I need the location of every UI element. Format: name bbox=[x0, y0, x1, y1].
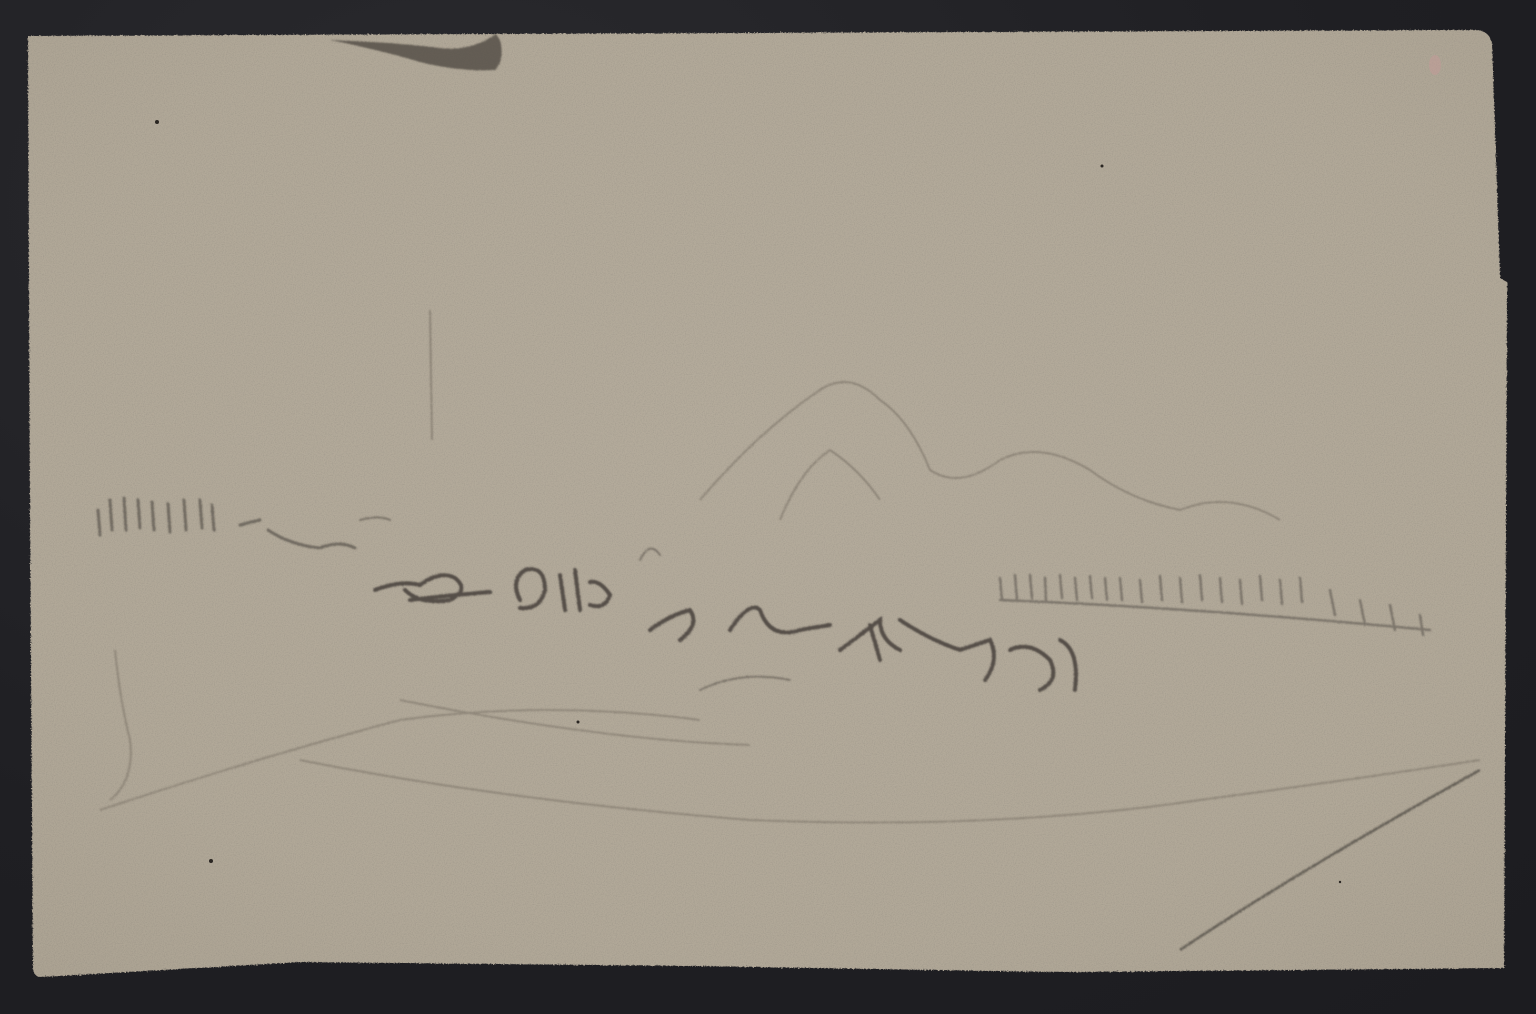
corner-mark bbox=[1429, 55, 1441, 75]
sketch-artwork bbox=[0, 0, 1536, 1014]
paper-sheet bbox=[28, 30, 1507, 977]
photo-scene: Photograph of a sheet of toned paper bea… bbox=[0, 0, 1536, 1014]
